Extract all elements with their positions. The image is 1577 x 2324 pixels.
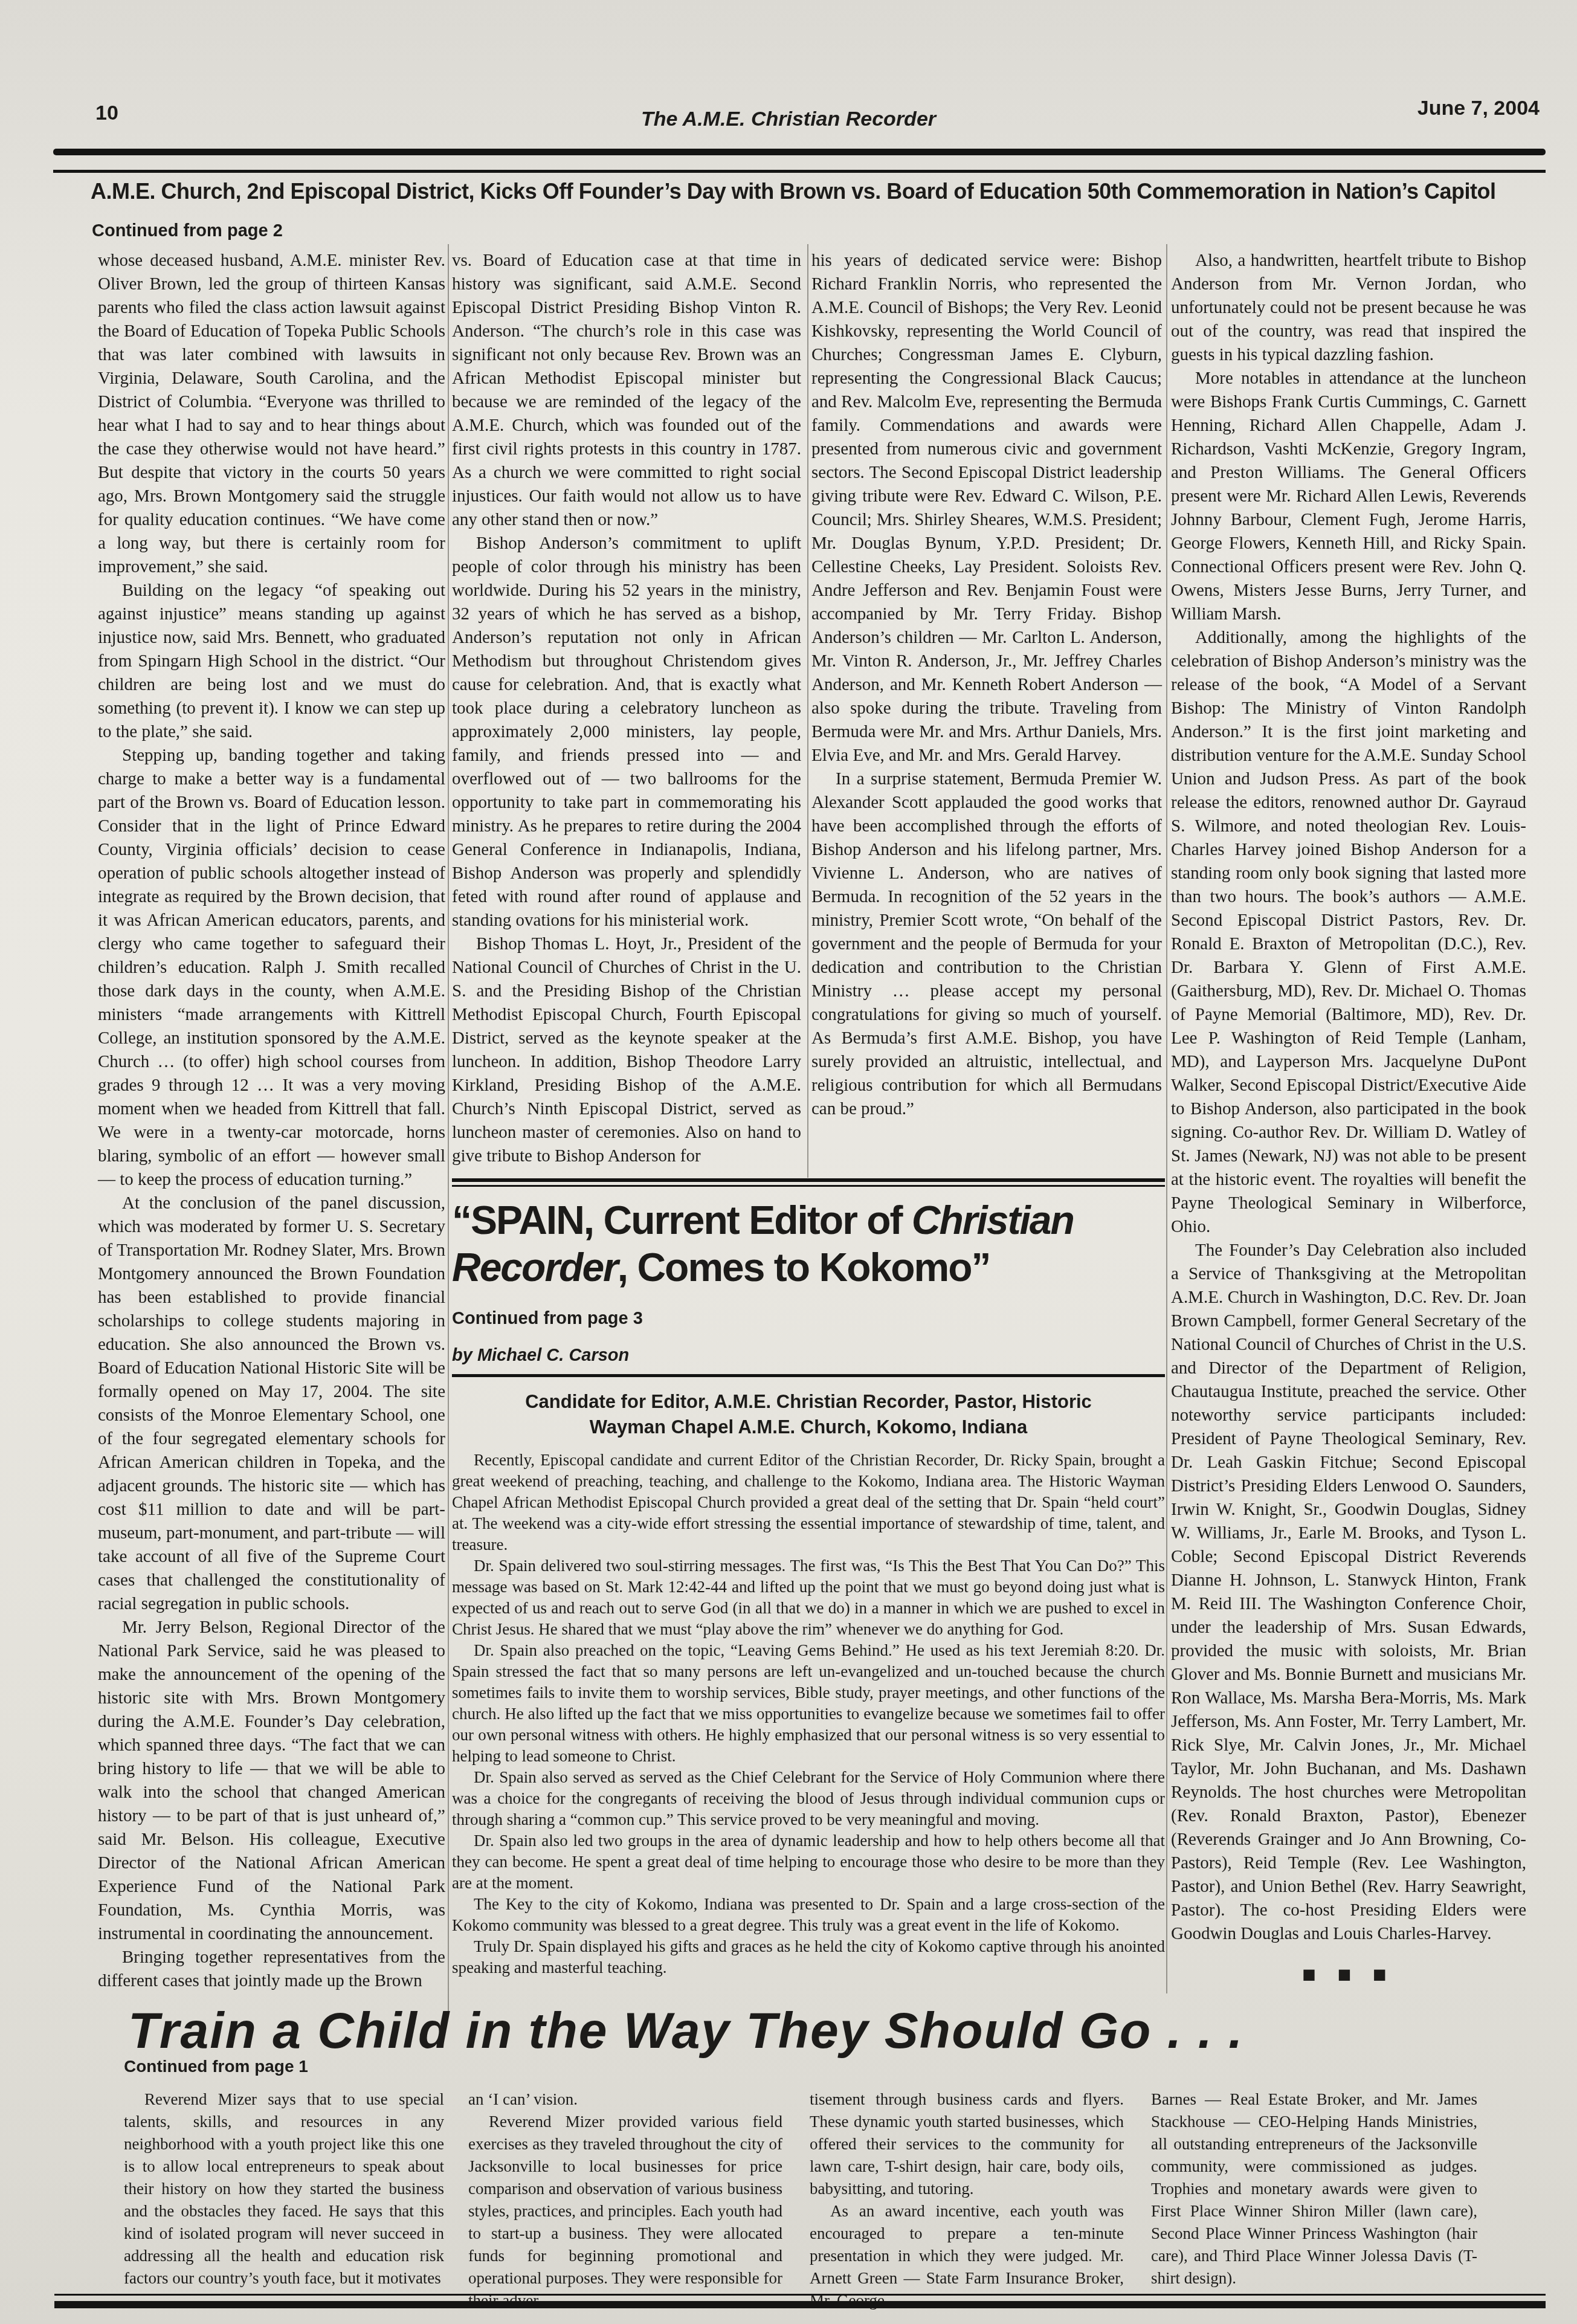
paragraph: Bishop Anderson’s commitment to uplift p…: [452, 532, 801, 932]
paragraph: The Founder’s Day Celebration also inclu…: [1171, 1239, 1526, 1946]
spain-top-rule-thick: [452, 1178, 1165, 1182]
spain-subhead: Candidate for Editor, A.M.E. Christian R…: [452, 1389, 1165, 1440]
paragraph: whose deceased husband, A.M.E. minister …: [98, 249, 445, 579]
spain-kicker: Continued from page 3: [452, 1309, 1165, 1329]
paragraph: his years of dedicated service were: Bis…: [811, 249, 1162, 767]
paragraph: Dr. Spain also preached on the topic, “L…: [452, 1640, 1165, 1767]
train-kicker: Continued from page 1: [124, 2057, 308, 2076]
paragraph: Barnes — Real Estate Broker, and Mr. Jam…: [1151, 2088, 1477, 2290]
founders-day-column-1: whose deceased husband, A.M.E. minister …: [98, 249, 445, 1993]
founders-day-kicker: Continued from page 2: [92, 221, 283, 241]
paragraph: vs. Board of Education case at that time…: [452, 249, 801, 532]
paragraph: Additionally, among the highlights of th…: [1171, 626, 1526, 1239]
founders-day-column-4: Also, a handwritten, heartfelt tribute t…: [1171, 249, 1526, 1986]
spain-headline-open: “SPAIN, Current Editor of: [452, 1198, 912, 1242]
paragraph: Bringing together representatives from t…: [98, 1946, 445, 1993]
paragraph: tisement through business cards and flye…: [810, 2088, 1124, 2200]
spain-headline: “SPAIN, Current Editor of Christian Reco…: [452, 1196, 1165, 1291]
spain-byline-rule: [452, 1374, 1165, 1377]
paragraph: At the conclusion of the panel discussio…: [98, 1192, 445, 1616]
train-headline: Train a Child in the Way They Should Go …: [128, 2001, 1243, 2060]
header-rule-thin: [53, 170, 1546, 173]
paragraph: Building on the legacy “of speaking out …: [98, 579, 445, 744]
newspaper-page: 10 The A.M.E. Christian Recorder June 7,…: [0, 0, 1577, 2324]
column-rule-1: [448, 244, 449, 2015]
footer-rule-thin: [54, 2294, 1546, 2296]
column-rule-3: [1166, 244, 1167, 1993]
paragraph: In a surprise statement, Bermuda Premier…: [811, 767, 1162, 1121]
paragraph: Truly Dr. Spain displayed his gifts and …: [452, 1936, 1165, 1978]
founders-day-column-3: his years of dedicated service were: Bis…: [811, 249, 1162, 1121]
column-rule-2: [807, 244, 808, 1178]
train-column-3: tisement through business cards and flye…: [810, 2088, 1124, 2312]
train-column-1: Reverend Mizer says that to use special …: [124, 2088, 444, 2290]
spain-headline-close: , Comes to Kokomo”: [618, 1245, 990, 1289]
founders-day-column-4-text: Also, a handwritten, heartfelt tribute t…: [1171, 249, 1526, 1946]
paragraph: Recently, Episcopal candidate and curren…: [452, 1450, 1165, 1555]
spain-article: “SPAIN, Current Editor of Christian Reco…: [452, 1178, 1165, 1978]
spain-body: Recently, Episcopal candidate and curren…: [452, 1450, 1165, 1978]
founders-day-column-2: vs. Board of Education case at that time…: [452, 249, 801, 1168]
masthead-title: The A.M.E. Christian Recorder: [0, 108, 1577, 131]
paragraph: Dr. Spain delivered two soul-stirring me…: [452, 1555, 1165, 1640]
paragraph: Mr. Jerry Belson, Regional Director of t…: [98, 1616, 445, 1946]
paragraph: More notables in attendance at the lunch…: [1171, 367, 1526, 626]
header-rule-thick: [53, 149, 1546, 155]
founders-day-headline: A.M.E. Church, 2nd Episcopal District, K…: [91, 179, 1495, 204]
paragraph: Also, a handwritten, heartfelt tribute t…: [1171, 249, 1526, 367]
paragraph: Dr. Spain also led two groups in the are…: [452, 1830, 1165, 1894]
paragraph: The Key to the city of Kokomo, Indiana w…: [452, 1894, 1165, 1936]
train-column-4: Barnes — Real Estate Broker, and Mr. Jam…: [1151, 2088, 1477, 2290]
paragraph: Reverend Mizer provided various field ex…: [468, 2111, 782, 2312]
train-column-2: an ‘I can’ vision.Reverend Mizer provide…: [468, 2088, 782, 2312]
spain-byline: by Michael C. Carson: [452, 1346, 1165, 1366]
paragraph: Reverend Mizer says that to use special …: [124, 2088, 444, 2290]
paragraph: Stepping up, banding together and taking…: [98, 744, 445, 1192]
paragraph: Bishop Thomas L. Hoyt, Jr., President of…: [452, 932, 801, 1168]
issue-date: June 7, 2004: [1417, 97, 1540, 120]
paragraph: an ‘I can’ vision.: [468, 2088, 782, 2111]
footer-rule-thick: [54, 2301, 1546, 2308]
spain-top-rule-thin: [452, 1185, 1165, 1187]
paragraph: Dr. Spain also served as served as the C…: [452, 1767, 1165, 1830]
article-end-mark: ■ ■ ■: [1171, 1963, 1526, 1986]
